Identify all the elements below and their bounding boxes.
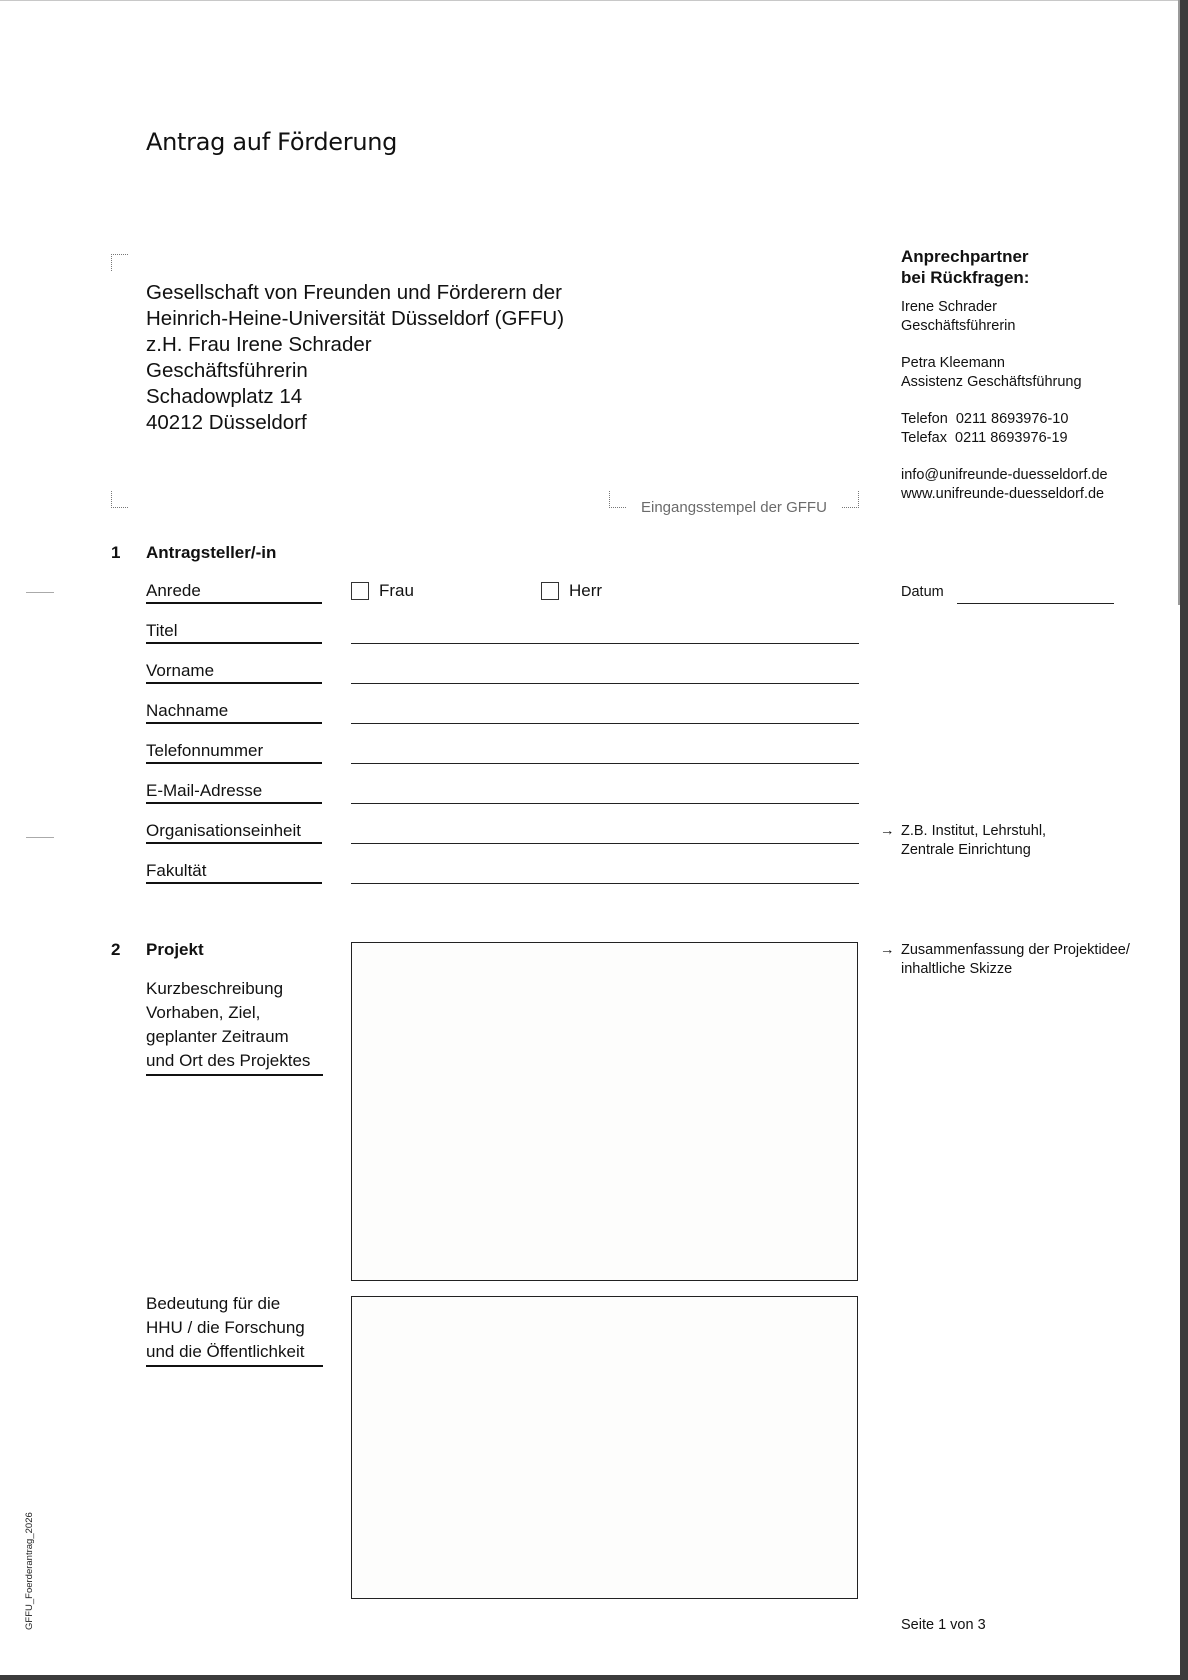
contact-block: Anprechpartner bei Rückfragen: Irene Sch… <box>901 246 1108 504</box>
address-line: Schadowplatz 14 <box>146 384 564 410</box>
field-label: Nachname <box>146 701 322 724</box>
section-2-title: Projekt <box>146 940 204 960</box>
address-line: Geschäftsführerin <box>146 358 564 384</box>
address-line: Heinrich-Heine-Universität Düsseldorf (G… <box>146 306 564 332</box>
contact-phone: Telefon 0211 8693976-10 <box>901 410 1108 429</box>
form-row-vorname: Vorname <box>146 644 858 684</box>
contact-person-name: Petra Kleemann <box>901 354 1108 373</box>
form-code: GFFU_Foerderantrag_2026 <box>24 1512 35 1630</box>
stamp-area-label: Eingangsstempel der GFFU <box>641 499 827 516</box>
form-row-fakultaet: Fakultät <box>146 844 858 884</box>
contact-email-link[interactable]: info@unifreunde-duesseldorf.de <box>901 466 1108 485</box>
viewer-bottom-frame <box>0 1675 1188 1680</box>
description-label: Kurzbeschreibung Vorhaben, Ziel, geplant… <box>146 977 323 1076</box>
contact-person-role: Assistenz Geschäftsführung <box>901 373 1108 392</box>
fold-mark <box>26 837 54 838</box>
section-1-title: Antragsteller/-in <box>146 543 276 563</box>
salutation-label: Anrede <box>146 581 322 604</box>
section-2-number: 2 <box>111 940 120 960</box>
field-label: Vorname <box>146 661 322 684</box>
email-field[interactable] <box>351 781 859 804</box>
contact-person-role: Geschäftsführerin <box>901 317 1108 336</box>
salutation-row: Anrede Frau Herr <box>146 564 858 604</box>
fold-mark <box>26 592 54 593</box>
salutation-frau-checkbox[interactable]: Frau <box>351 581 414 601</box>
vorname-field[interactable] <box>351 661 859 684</box>
viewer-right-frame <box>1180 0 1188 1680</box>
date-field[interactable] <box>957 603 1114 604</box>
stamp-corner-right <box>842 491 859 508</box>
contact-person-name: Irene Schrader <box>901 298 1108 317</box>
field-label: Titel <box>146 621 322 644</box>
checkbox-icon[interactable] <box>351 582 369 600</box>
arrow-right-icon: → <box>880 941 901 960</box>
project-description-textarea[interactable] <box>351 942 858 1281</box>
checkbox-label: Herr <box>569 581 602 601</box>
recipient-address: Gesellschaft von Freunden und Förderern … <box>146 280 564 436</box>
form-row-titel: Titel <box>146 604 858 644</box>
titel-field[interactable] <box>351 621 859 644</box>
organisationseinheit-field[interactable] <box>351 821 859 844</box>
field-label: Telefonnummer <box>146 741 322 764</box>
page-top-rule <box>0 0 1182 1</box>
organisation-hint: →Z.B. Institut, Lehrstuhl, Zentrale Einr… <box>880 822 1046 860</box>
form-row-nachname: Nachname <box>146 684 858 724</box>
address-window-corner-bottom-left <box>111 491 128 508</box>
page-indicator: Seite 1 von 3 <box>901 1617 986 1633</box>
address-line: Gesellschaft von Freunden und Förderern … <box>146 280 564 306</box>
project-description-hint: →Zusammenfassung der Projektidee/ inhalt… <box>880 941 1130 979</box>
checkbox-label: Frau <box>379 581 414 601</box>
field-label: Organisationseinheit <box>146 821 322 844</box>
address-window-corner-top-left <box>111 254 128 271</box>
form-row-telefonnummer: Telefonnummer <box>146 724 858 764</box>
checkbox-icon[interactable] <box>541 582 559 600</box>
contact-fax: Telefax 0211 8693976-19 <box>901 429 1108 448</box>
field-label: Fakultät <box>146 861 322 884</box>
stamp-corner-left <box>609 491 626 508</box>
address-line: 40212 Düsseldorf <box>146 410 564 436</box>
contact-heading: Anprechpartner bei Rückfragen: <box>901 246 1108 288</box>
form-row-email: E-Mail-Adresse <box>146 764 858 804</box>
fakultaet-field[interactable] <box>351 861 859 884</box>
nachname-field[interactable] <box>351 701 859 724</box>
form-row-organisationseinheit: Organisationseinheit <box>146 804 858 844</box>
document-title: Antrag auf Förderung <box>146 128 397 156</box>
arrow-right-icon: → <box>880 822 901 841</box>
contact-web-link[interactable]: www.unifreunde-duesseldorf.de <box>901 485 1108 504</box>
significance-label: Bedeutung für die HHU / die Forschung un… <box>146 1292 323 1367</box>
significance-textarea[interactable] <box>351 1296 858 1599</box>
section-1-number: 1 <box>111 543 120 563</box>
field-label: E-Mail-Adresse <box>146 781 322 804</box>
telefonnummer-field[interactable] <box>351 741 859 764</box>
date-label: Datum <box>901 584 944 600</box>
address-line: z.H. Frau Irene Schrader <box>146 332 564 358</box>
salutation-herr-checkbox[interactable]: Herr <box>541 581 602 601</box>
